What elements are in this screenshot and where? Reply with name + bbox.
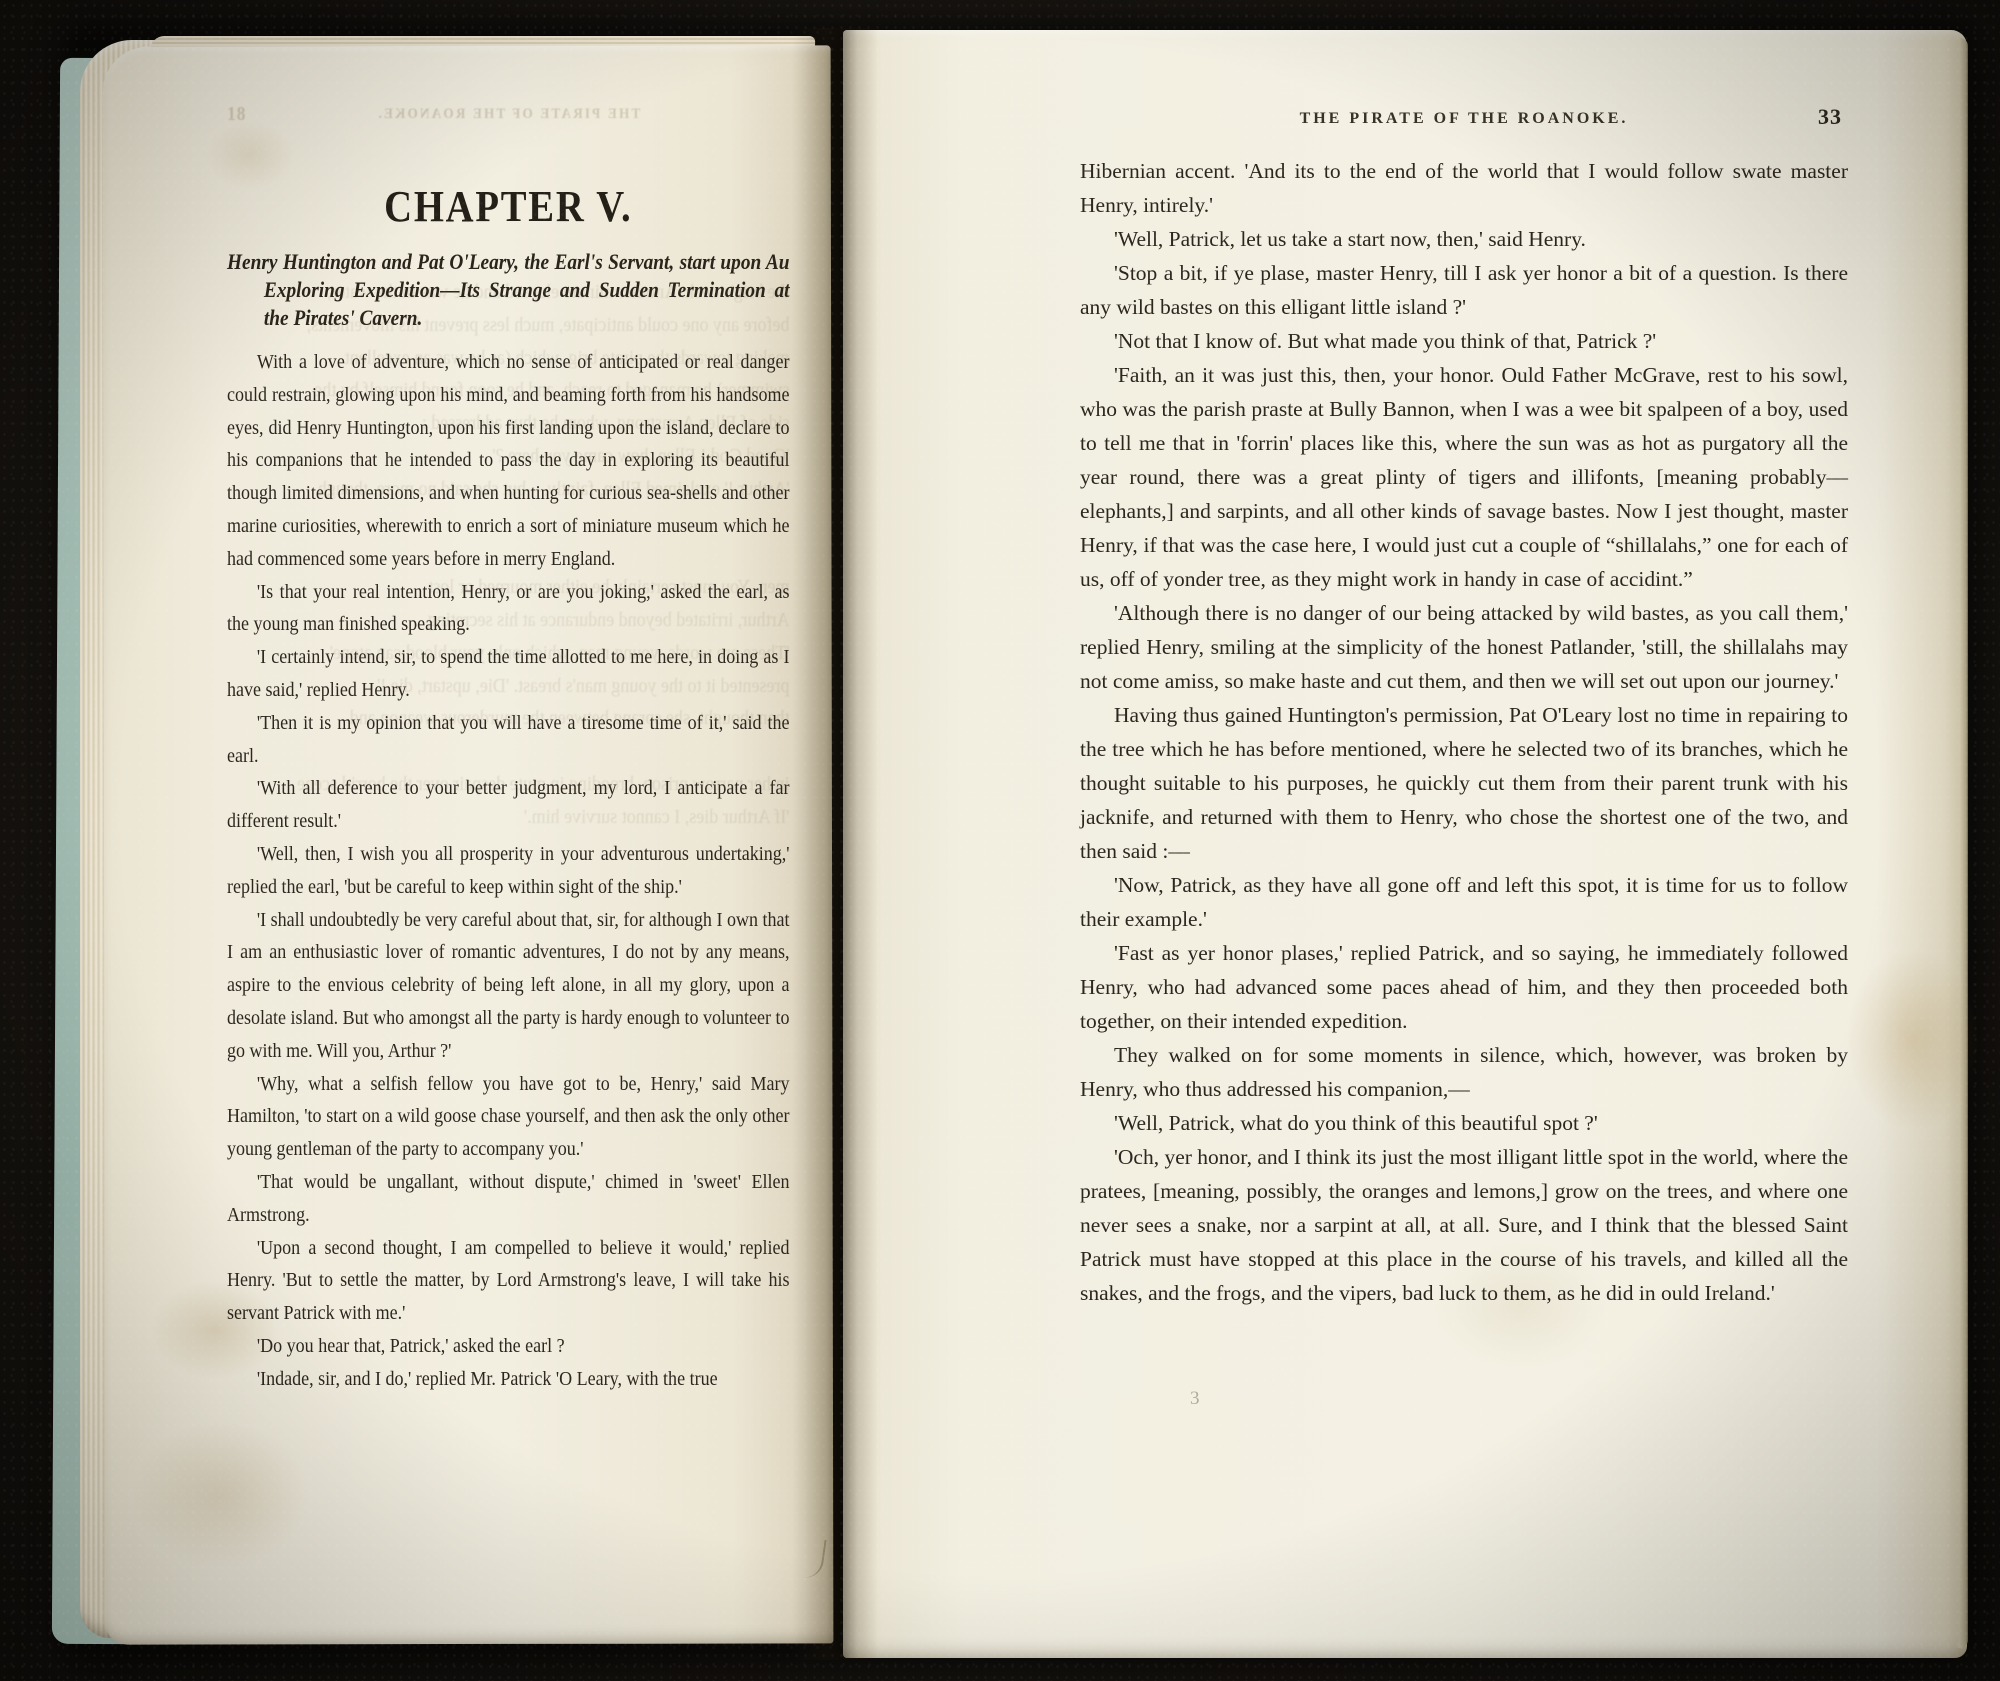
- left-ghost-page-number: 18: [227, 103, 246, 126]
- paragraph: 'Do you hear that, Patrick,' asked the e…: [227, 1330, 790, 1363]
- paragraph: 'Then it is my opinion that you will hav…: [227, 707, 790, 773]
- paragraph: 'Upon a second thought, I am compelled t…: [227, 1232, 790, 1330]
- left-page-body: With a love of adventure, which no sense…: [227, 346, 790, 1396]
- paragraph: 'With all deference to your better judgm…: [227, 772, 790, 838]
- paragraph: They walked on for some moments in silen…: [1080, 1038, 1848, 1106]
- chapter-heading: CHAPTER V.: [227, 182, 790, 232]
- paragraph: Hibernian accent. 'And its to the end of…: [1080, 154, 1848, 222]
- right-running-title: THE PIRATE OF THE ROANOKE.: [1080, 110, 1848, 128]
- paragraph: 'Stop a bit, if ye plase, master Henry, …: [1080, 256, 1848, 324]
- paragraph: 'Well, then, I wish you all prosperity i…: [227, 838, 790, 904]
- paragraph: 'I shall undoubtedly be very careful abo…: [227, 904, 790, 1068]
- left-ghost-running-head: 18 THE PIRATE OF THE ROANOKE.: [227, 100, 790, 130]
- right-fore-edge: [1956, 38, 1968, 1648]
- paragraph: 'Well, Patrick, let us take a start now,…: [1080, 222, 1848, 256]
- paragraph: 'Although there is no danger of our bein…: [1080, 596, 1848, 698]
- paragraph: 'Is that your real intention, Henry, or …: [227, 576, 790, 642]
- signature-mark: 3: [1190, 1388, 1200, 1410]
- paragraph: 'Well, Patrick, what do you think of thi…: [1080, 1106, 1848, 1140]
- right-running-head: THE PIRATE OF THE ROANOKE. 33: [1080, 100, 1848, 146]
- right-page-body: Hibernian accent. 'And its to the end of…: [1080, 154, 1848, 1310]
- book-scan-scene: 18 THE PIRATE OF THE ROANOKE. the brig's…: [0, 0, 2000, 1681]
- paragraph: 'I certainly intend, sir, to spend the t…: [227, 641, 790, 707]
- paragraph: With a love of adventure, which no sense…: [227, 346, 790, 576]
- right-page-text-column: THE PIRATE OF THE ROANOKE. 33 Hibernian …: [1080, 100, 1848, 1310]
- paragraph: 'Och, yer honor, and I think its just th…: [1080, 1140, 1848, 1310]
- chapter-summary: Henry Huntington and Pat O'Leary, the Ea…: [227, 248, 790, 332]
- left-ghost-running-title: THE PIRATE OF THE ROANOKE.: [280, 106, 737, 123]
- right-page-number: 33: [1818, 104, 1842, 130]
- paragraph: Having thus gained Huntington's permissi…: [1080, 698, 1848, 868]
- paragraph: 'Indade, sir, and I do,' replied Mr. Pat…: [227, 1363, 790, 1396]
- paragraph: 'Faith, an it was just this, then, your …: [1080, 358, 1848, 596]
- paragraph: 'Now, Patrick, as they have all gone off…: [1080, 868, 1848, 936]
- paragraph: 'Fast as yer honor plases,' replied Patr…: [1080, 936, 1848, 1038]
- paragraph: 'That would be ungallant, without disput…: [227, 1166, 790, 1232]
- left-page-text-column: 18 THE PIRATE OF THE ROANOKE. the brig's…: [227, 100, 790, 1396]
- paragraph: 'Why, what a selfish fellow you have got…: [227, 1068, 790, 1166]
- paragraph: 'Not that I know of. But what made you t…: [1080, 324, 1848, 358]
